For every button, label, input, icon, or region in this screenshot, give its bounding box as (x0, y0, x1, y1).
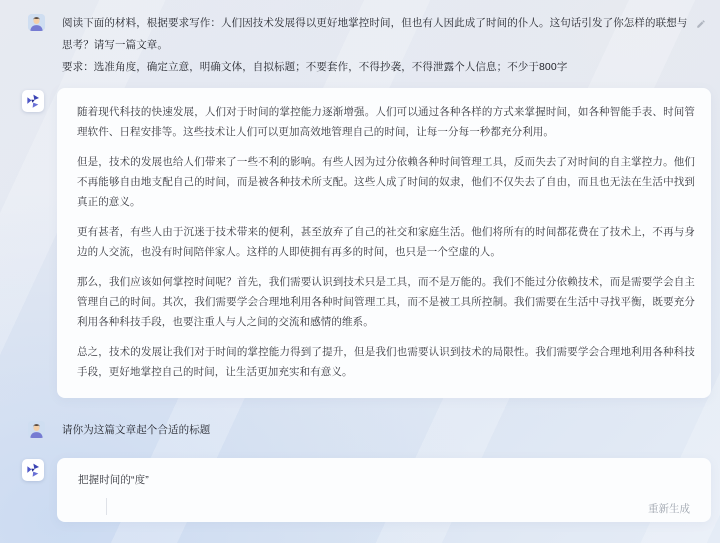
assistant-paragraph: 但是，技术的发展也给人们带来了一些不利的影响。有些人因为过分依赖各种时间管理工具… (77, 152, 695, 212)
cartoon-person-icon (28, 421, 45, 438)
assistant-paragraph: 那么，我们应该如何掌控时间呢？首先，我们需要认识到技术只是工具，而不是万能的。我… (77, 272, 695, 332)
user-message-1: 阅读下面的材料，根据要求写作：人们因技术发展得以更好地掌控时间，但也有人因此成了… (28, 12, 706, 78)
assistant-avatar (22, 90, 44, 112)
regenerate-button[interactable]: 重新生成 (648, 503, 690, 516)
user-message-2: 请你为这篇文章起个合适的标题 (28, 419, 706, 439)
user-message-text: 阅读下面的材料，根据要求写作：人们因技术发展得以更好地掌控时间，但也有人因此成了… (62, 12, 690, 78)
user-message-text: 请你为这篇文章起个合适的标题 (62, 421, 706, 439)
assistant-avatar (22, 459, 44, 481)
action-divider (106, 498, 107, 515)
user-avatar (28, 421, 45, 438)
assistant-paragraph: 总之，技术的发展让我们对于时间的掌控能力得到了提升，但是我们也需要认识到技术的局… (77, 342, 695, 382)
cartoon-person-icon (28, 14, 45, 31)
spark-logo-icon (25, 462, 41, 478)
user-avatar (28, 14, 45, 31)
edit-icon[interactable] (696, 16, 706, 34)
assistant-message-card: 把握时间的“度” 重新生成 (57, 458, 711, 522)
spark-logo-icon (25, 93, 41, 109)
assistant-paragraph: 随着现代科技的快速发展，人们对于时间的掌控能力逐渐增强。人们可以通过各种各样的方… (77, 102, 695, 142)
assistant-paragraph: 更有甚者，有些人由于沉迷于技术带来的便利，甚至放弃了自己的社交和家庭生活。他们将… (77, 222, 695, 262)
generated-title-text: 把握时间的“度” (78, 473, 149, 488)
chat-page: 阅读下面的材料，根据要求写作：人们因技术发展得以更好地掌控时间，但也有人因此成了… (0, 0, 720, 543)
assistant-message-card: 随着现代科技的快速发展，人们对于时间的掌控能力逐渐增强。人们可以通过各种各样的方… (57, 88, 711, 398)
